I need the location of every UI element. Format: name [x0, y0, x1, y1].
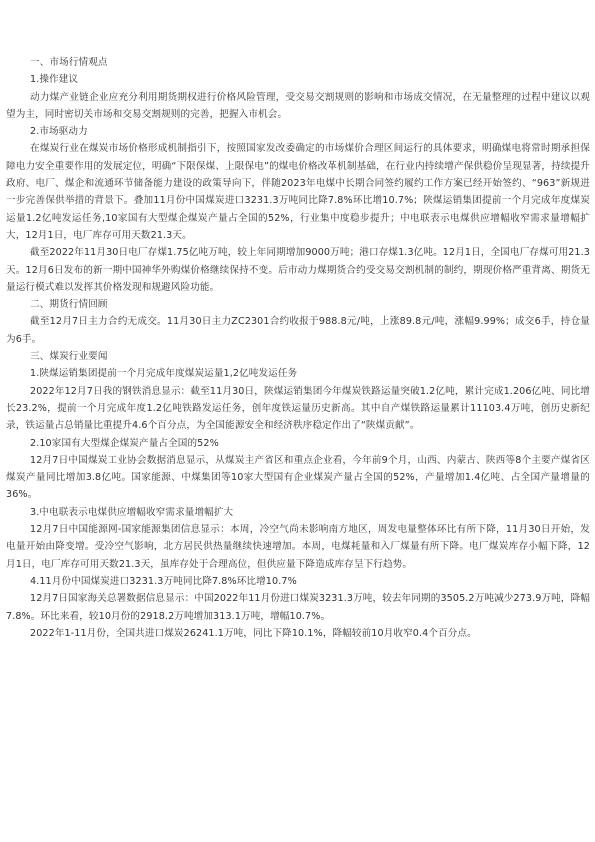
subsection-title-market-drivers: 2.市场驱动力 — [6, 123, 590, 140]
section-heading-futures-review: 二、期货行情回顾 — [6, 296, 590, 313]
news-title-3: 3.中电联表示电煤供应增幅收窄需求量增幅扩大 — [6, 504, 590, 521]
paragraph-market-drivers-2: 截至2022年11月30日电厂存煤1.75亿吨万吨，较上年同期增加9000万吨；… — [6, 244, 590, 296]
news-paragraph-4a: 12月7日国家海关总署数据信息显示：中国2022年11月份进口煤炭3231.3万… — [6, 590, 590, 625]
paragraph-futures-review: 截至12月7日主力合约无成交。11月30日主力ZC2301合约收报于988.8元… — [6, 313, 590, 348]
news-paragraph-1: 2022年12月7日我的钢铁消息显示：截至11月30日，陕煤运销集团今年煤炭铁路… — [6, 383, 590, 435]
subsection-title-operation-advice: 1.操作建议 — [6, 71, 590, 88]
news-title-2: 2.10家国有大型煤企煤炭产量占全国的52% — [6, 435, 590, 452]
news-paragraph-4b: 2022年1-11月份，全国共进口煤炭26241.1万吨，同比下降10.1%，降… — [6, 625, 590, 642]
news-paragraph-3: 12月7日中国能源网-国家能源集团信息显示：本周，冷空气尚未影响南方地区，周发电… — [6, 521, 590, 573]
section-heading-industry-news: 三、煤炭行业要闻 — [6, 348, 590, 365]
news-title-4: 4.11月份中国煤炭进口3231.3万吨同比降7.8%环比增10.7% — [6, 573, 590, 590]
news-paragraph-2: 12月7日中国煤炭工业协会数据消息显示，从煤炭主产省区和重点企业看，今年前9个月… — [6, 452, 590, 504]
paragraph-operation-advice: 动力煤产业链企业应充分利用期货期权进行价格风险管理，受交易交割规则的影响和市场成… — [6, 89, 590, 124]
news-title-1: 1.陕煤运销集团提前一个月完成年度煤炭运量1,2亿吨发运任务 — [6, 365, 590, 382]
document-page: 一、市场行情观点 1.操作建议 动力煤产业链企业应充分利用期货期权进行价格风险管… — [6, 54, 590, 642]
paragraph-market-drivers-1: 在煤炭行业在煤炭市场价格形成机制指引下，按照国家发改委确定的市场煤价合理区间运行… — [6, 140, 590, 244]
section-heading-market-view: 一、市场行情观点 — [6, 54, 590, 71]
